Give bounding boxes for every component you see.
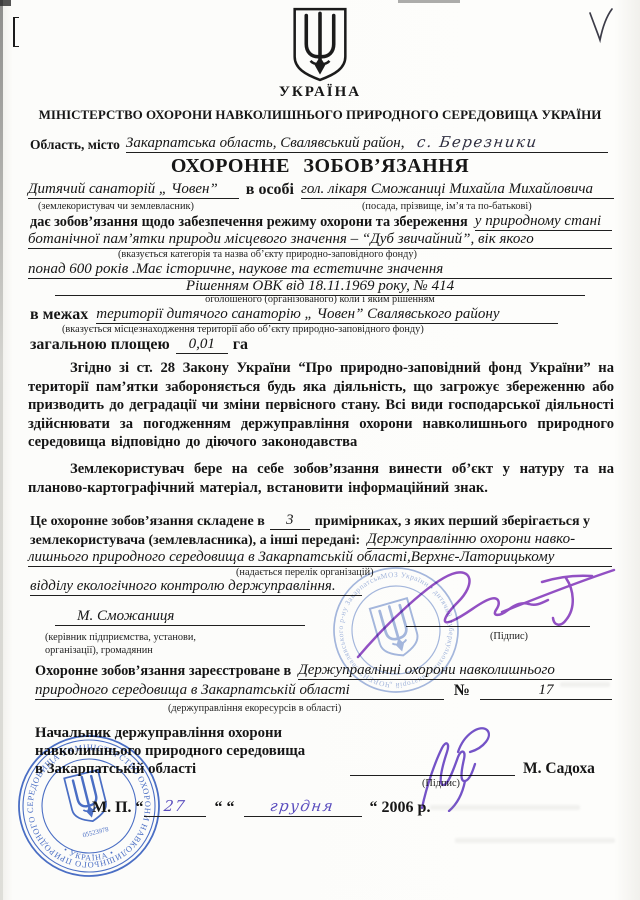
mp-label: М. П. “ — [92, 799, 144, 817]
category-line: ботанічної пам’ятки природи місцевого зн… — [28, 231, 612, 249]
obligation-label: дає зобов’язання щодо забезпечення режим… — [30, 214, 475, 231]
country-name: УКРАЇНА — [0, 84, 640, 101]
head-name: М. Сможаниця — [55, 608, 305, 626]
parties-line: Дитячий санаторій „ Човен” в особі гол. … — [28, 181, 614, 199]
copies-line-2: землекористувача (землевласника), а інші… — [30, 531, 612, 549]
recipients-value-1: Держуправлінню охорони навко- — [367, 531, 612, 549]
seal-date-line: М. П. “ 27 “ “ грудня “ 2006 р. — [92, 797, 430, 817]
head-caption-1: (керівник підприємства, установи, — [45, 632, 196, 643]
scan-ghost-text — [560, 682, 610, 687]
number-label: № — [444, 682, 480, 700]
landuser-obligation-paragraph: Землекористувач бере на себе зобов’язанн… — [28, 460, 614, 497]
head-name-line: М. Сможаниця — [55, 608, 305, 626]
copies-line-1: Це охоронне зобов’язання складене в 3 пр… — [30, 512, 610, 530]
region-comma: , — [401, 134, 405, 151]
copies-text-before: Це охоронне зобов’язання складене в — [30, 514, 265, 530]
ministry-stamp-number: 05523978 — [82, 826, 110, 839]
document-title: ОХОРОННЕ ЗОБОВ’ЯЗАННЯ — [0, 155, 640, 178]
registered-line-1: Охоронне зобов’язання зареєстроване в Де… — [35, 662, 612, 680]
registered-value-2: природного середовища в Закарпатській об… — [35, 682, 444, 700]
registered-label: Охоронне зобов’язання зареєстроване в — [35, 663, 298, 680]
age-line: понад 600 років .Має історичне, наукове … — [28, 261, 612, 279]
scanned-document: УКРАЇНА МІНІСТЕРСТВО ОХОРОНИ НАВКОЛИШНЬО… — [0, 0, 640, 900]
landuser-value: Дитячий санаторій „ Човен” — [28, 181, 239, 199]
day-value: 27 — [144, 797, 206, 817]
area-label: загальною площею — [30, 336, 176, 354]
age-value: понад 600 років .Має історичне, наукове … — [28, 261, 612, 279]
ministry-name: МІНІСТЕРСТВО ОХОРОНИ НАВКОЛИШНЬОГО ПРИРО… — [0, 107, 640, 123]
scan-corner-artifact — [0, 0, 11, 6]
registered-value-1: Держуправлінні охорони навколишнього — [298, 662, 612, 680]
registered-line-2: природного середовища в Закарпатській об… — [35, 682, 612, 700]
region-value-line: Закарпатська область, Свалявський район,… — [126, 133, 608, 153]
scan-bracket-mark — [13, 17, 19, 47]
head-caption-2: організації), громадянин — [45, 645, 153, 656]
obligation-line: дає зобов’язання щодо забезпечення режим… — [30, 213, 612, 231]
law-paragraph: Згідно зі ст. 28 Закону України “Про при… — [28, 359, 614, 452]
registered-caption: (держуправління екоресурсів в області) — [168, 703, 341, 714]
within-line: в межах території дитячого санаторію „ Ч… — [30, 306, 558, 324]
region-label: Область, місто — [30, 137, 126, 153]
in-person-label: в особі — [239, 181, 301, 199]
decision-caption: оголошеного (організованого) коли і яким… — [60, 294, 580, 305]
area-value: 0,01 — [176, 336, 228, 354]
area-unit: га — [228, 336, 248, 354]
handwritten-checkmark — [585, 6, 617, 48]
person-caption: (посада, прізвище, ім’я та по-батькові) — [362, 201, 532, 212]
official-name: М. Садоха — [523, 760, 595, 778]
scan-ghost-text — [430, 805, 580, 810]
scan-top-smudge — [398, 0, 460, 3]
scan-ghost-text — [455, 838, 615, 843]
copies-text-after: примірниках, з яких перший зберігається … — [315, 514, 590, 530]
person-value: гол. лікаря Сможаниці Михайла Михайлович… — [301, 181, 614, 199]
year-label: “ 2006 р. — [362, 799, 431, 817]
within-caption: (вказується місцезнаходження території а… — [62, 324, 424, 335]
category-value: ботанічної пам’ятки природи місцевого зн… — [28, 231, 612, 249]
category-caption: (вказується категорія та назва об’єкту п… — [118, 249, 417, 260]
state-value: у природному стані — [475, 213, 612, 231]
ukraine-trident-emblem-icon — [288, 6, 352, 82]
region-line: Область, місто Закарпатська область, Сва… — [30, 133, 608, 153]
area-line: загальною площею 0,01 га — [30, 336, 248, 354]
month-value: грудня — [244, 797, 362, 817]
region-typed-value: Закарпатська область, Свалявський район — [126, 135, 401, 151]
landuser-caption: (землекористувач чи землевласник) — [38, 201, 194, 212]
within-value: території дитячого санаторію „ Човен” Св… — [96, 306, 558, 324]
region-handwritten-value: с. Березники — [408, 133, 539, 151]
copies-count: 3 — [270, 512, 310, 530]
head-signature — [352, 560, 624, 660]
quote-marks: “ “ — [206, 799, 244, 817]
copies-transfer-label: землекористувача (землевласника), а інші… — [30, 533, 367, 549]
within-label: в межах — [30, 306, 96, 324]
